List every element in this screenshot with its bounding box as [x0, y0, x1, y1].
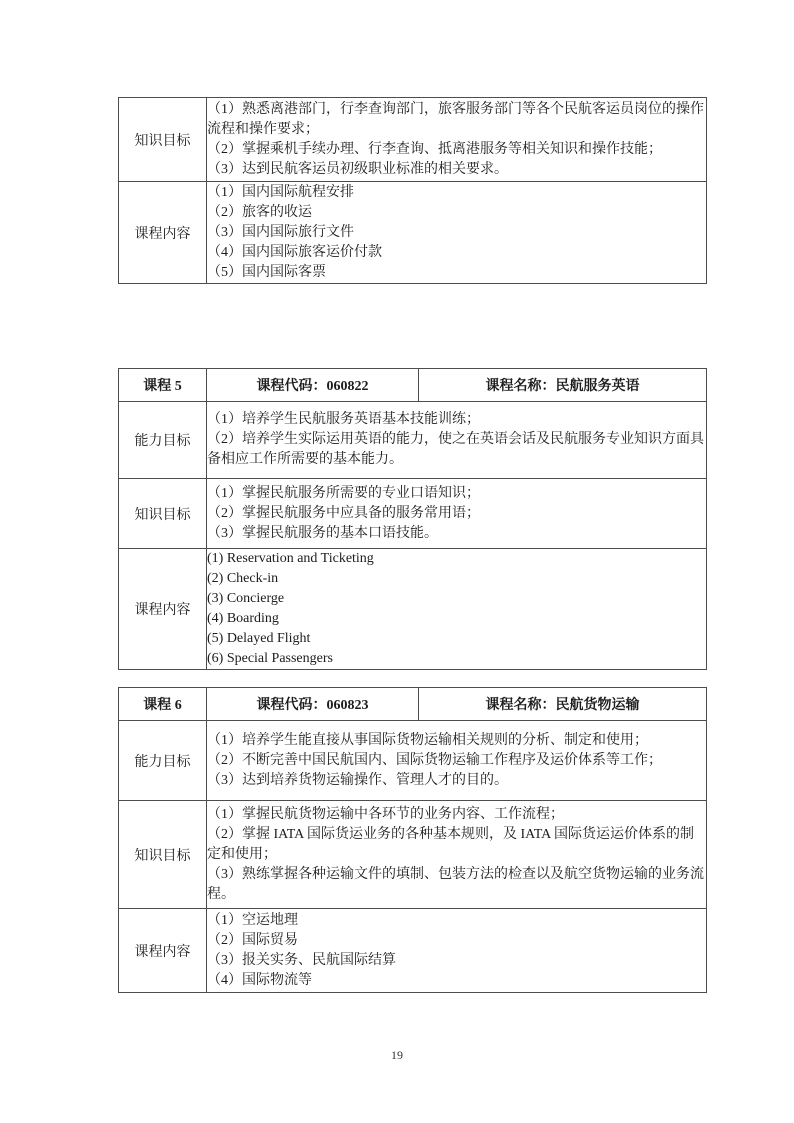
- content-item: (6) Special Passengers: [207, 649, 706, 669]
- row-label-course-content: 课程内容: [119, 182, 207, 284]
- objective-item: （2）培养学生实际运用英语的能力，使之在英语会话及民航服务专业知识方面具备相应工…: [207, 430, 706, 470]
- course-content-cell: (1) Reservation and Ticketing (2) Check-…: [207, 549, 707, 670]
- ability-objectives-cell: （1）培养学生能直接从事国际货物运输相关规则的分析、制定和使用； （2）不断完善…: [207, 721, 707, 801]
- course-number-cell: 课程 6: [119, 688, 207, 721]
- course-number-cell: 课程 5: [119, 369, 207, 402]
- row-label-knowledge-objectives: 知识目标: [119, 801, 207, 909]
- row-label-knowledge-objectives: 知识目标: [119, 98, 207, 182]
- content-item: (1) Reservation and Ticketing: [207, 549, 706, 569]
- row-label-ability-objectives: 能力目标: [119, 721, 207, 801]
- course-name-cell: 课程名称：民航服务英语: [419, 369, 707, 402]
- course-table-continuation: 知识目标 （1）熟悉离港部门，行李查询部门，旅客服务部门等各个民航客运员岗位的操…: [118, 97, 707, 284]
- objective-item: （1）熟悉离港部门，行李查询部门，旅客服务部门等各个民航客运员岗位的操作流程和操…: [207, 100, 706, 140]
- content-item: （4）国际物流等: [207, 971, 706, 991]
- content-item: （3）报关实务、民航国际结算: [207, 951, 706, 971]
- row-label-course-content: 课程内容: [119, 909, 207, 993]
- objective-item: （1）培养学生能直接从事国际货物运输相关规则的分析、制定和使用；: [207, 731, 706, 751]
- course-code-cell: 课程代码：060822: [207, 369, 419, 402]
- objective-item: （2）不断完善中国民航国内、国际货物运输工作程序及运价体系等工作；: [207, 751, 706, 771]
- course-code-cell: 课程代码：060823: [207, 688, 419, 721]
- knowledge-objectives-cell: （1）熟悉离港部门，行李查询部门，旅客服务部门等各个民航客运员岗位的操作流程和操…: [207, 98, 707, 182]
- page-number: 19: [0, 1048, 794, 1063]
- objective-item: （3）达到民航客运员初级职业标准的相关要求。: [207, 160, 706, 180]
- course-name-cell: 课程名称：民航货物运输: [419, 688, 707, 721]
- content-item: （1）空运地理: [207, 911, 706, 931]
- objective-item: （2）掌握 IATA 国际货运业务的各种基本规则，及 IATA 国际货运运价体系…: [207, 825, 706, 865]
- content-item: （5）国内国际客票: [207, 263, 706, 283]
- objective-item: （1）培养学生民航服务英语基本技能训练；: [207, 410, 706, 430]
- course-content-cell: （1）空运地理 （2）国际贸易 （3）报关实务、民航国际结算 （4）国际物流等: [207, 909, 707, 993]
- content-item: （2）国际贸易: [207, 931, 706, 951]
- content-item: (2) Check-in: [207, 569, 706, 589]
- objective-item: （2）掌握乘机手续办理、行李查询、抵离港服务等相关知识和操作技能；: [207, 140, 706, 160]
- content-item: （4）国内国际旅客运价付款: [207, 243, 706, 263]
- objective-item: （1）掌握民航服务所需要的专业口语知识；: [207, 484, 706, 504]
- objective-item: （3）掌握民航服务的基本口语技能。: [207, 524, 706, 544]
- course-content-cell: （1）国内国际航程安排 （2）旅客的收运 （3）国内国际旅行文件 （4）国内国际…: [207, 182, 707, 284]
- knowledge-objectives-cell: （1）掌握民航服务所需要的专业口语知识； （2）掌握民航服务中应具备的服务常用语…: [207, 479, 707, 549]
- content-item: (5) Delayed Flight: [207, 629, 706, 649]
- objective-item: （1）掌握民航货物运输中各环节的业务内容、工作流程；: [207, 805, 706, 825]
- objective-item: （3）熟练掌握各种运输文件的填制、包装方法的检查以及航空货物运输的业务流程。: [207, 865, 706, 905]
- content-item: （1）国内国际航程安排: [207, 183, 706, 203]
- content-item: （3）国内国际旅行文件: [207, 223, 706, 243]
- objective-item: （3）达到培养货物运输操作、管理人才的目的。: [207, 771, 706, 791]
- knowledge-objectives-cell: （1）掌握民航货物运输中各环节的业务内容、工作流程； （2）掌握 IATA 国际…: [207, 801, 707, 909]
- document-page: 知识目标 （1）熟悉离港部门，行李查询部门，旅客服务部门等各个民航客运员岗位的操…: [0, 0, 794, 1123]
- course-5-table: 课程 5 课程代码：060822 课程名称：民航服务英语 能力目标 （1）培养学…: [118, 368, 707, 670]
- row-label-course-content: 课程内容: [119, 549, 207, 670]
- row-label-knowledge-objectives: 知识目标: [119, 479, 207, 549]
- objective-item: （2）掌握民航服务中应具备的服务常用语；: [207, 504, 706, 524]
- content-item: (4) Boarding: [207, 609, 706, 629]
- content-item: (3) Concierge: [207, 589, 706, 609]
- course-6-table: 课程 6 课程代码：060823 课程名称：民航货物运输 能力目标 （1）培养学…: [118, 687, 707, 993]
- ability-objectives-cell: （1）培养学生民航服务英语基本技能训练； （2）培养学生实际运用英语的能力，使之…: [207, 402, 707, 479]
- row-label-ability-objectives: 能力目标: [119, 402, 207, 479]
- content-item: （2）旅客的收运: [207, 203, 706, 223]
